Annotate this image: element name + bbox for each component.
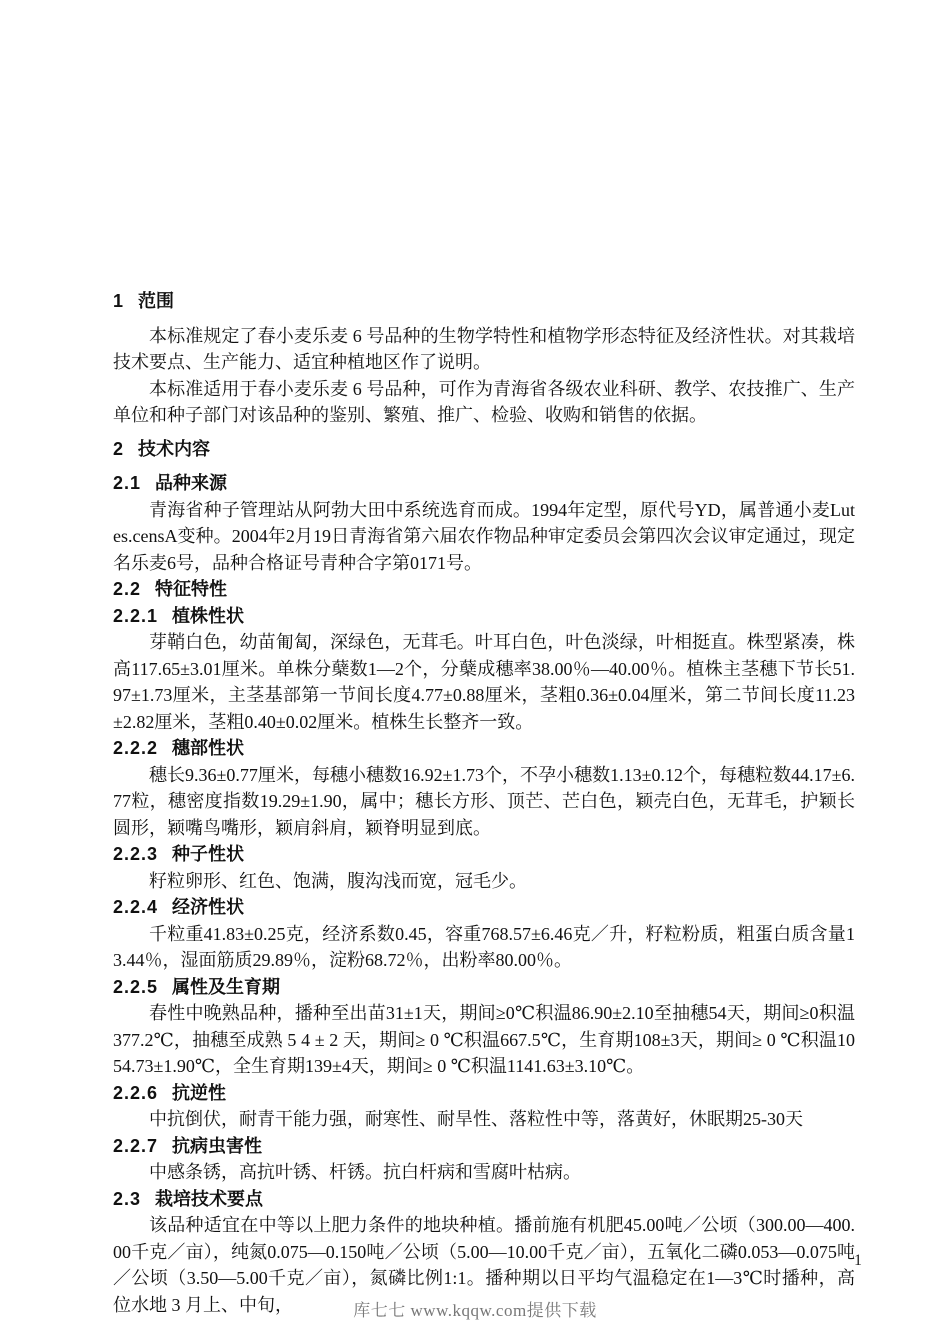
- paragraph: 千粒重41.83±0.25克，经济系数0.45，容重768.57±6.46克／升…: [113, 921, 855, 974]
- watermark-footer: 库七七 www.kqqw.com提供下载: [0, 1296, 950, 1321]
- section-title: 品种来源: [155, 473, 227, 493]
- section-heading-2.1: 2.1品种来源: [113, 470, 855, 497]
- section-title: 植株性状: [172, 606, 244, 626]
- paragraph: 青海省种子管理站从阿勃大田中系统选育而成。1994年定型，原代号YD，属普通小麦…: [113, 497, 855, 577]
- section-title: 经济性状: [172, 897, 244, 917]
- section-heading-2.2.4: 2.2.4经济性状: [113, 894, 855, 921]
- section-heading-2.2.5: 2.2.5属性及生育期: [113, 974, 855, 1001]
- section-title: 技术内容: [138, 439, 210, 459]
- section-number: 2.2.7: [113, 1133, 158, 1160]
- section-heading-2.3: 2.3栽培技术要点: [113, 1186, 855, 1213]
- section-number: 2.2: [113, 576, 141, 603]
- section-number: 2.2.4: [113, 894, 158, 921]
- paragraph: 春性中晚熟品种，播种至出苗31±1天，期间≥0℃积温86.90±2.10至抽穗5…: [113, 1000, 855, 1080]
- section-heading-2.2.3: 2.2.3种子性状: [113, 841, 855, 868]
- section-number: 2.3: [113, 1186, 141, 1213]
- section-heading-2.2: 2.2特征特性: [113, 576, 855, 603]
- section-title: 抗逆性: [172, 1083, 226, 1103]
- section-number: 2.2.2: [113, 735, 158, 762]
- section-heading-2.2.7: 2.2.7抗病虫害性: [113, 1133, 855, 1160]
- paragraph: 穗长9.36±0.77厘米，每穗小穗数16.92±1.73个，不孕小穗数1.13…: [113, 762, 855, 842]
- section-heading-2.2.2: 2.2.2穗部性状: [113, 735, 855, 762]
- section-number: 2.1: [113, 470, 141, 497]
- section-heading-1: 1范围: [113, 288, 855, 315]
- section-number: 2: [113, 436, 124, 463]
- paragraph: 本标准适用于春小麦乐麦 6 号品种，可作为青海省各级农业科研、教学、农技推广、生…: [113, 376, 855, 429]
- section-heading-2.2.6: 2.2.6抗逆性: [113, 1080, 855, 1107]
- section-heading-2.2.1: 2.2.1植株性状: [113, 603, 855, 630]
- document-page: 1范围本标准规定了春小麦乐麦 6 号品种的生物学特性和植物学形态特征及经济性状。…: [0, 0, 950, 1344]
- page-number: 1: [854, 1252, 862, 1270]
- document-body: 1范围本标准规定了春小麦乐麦 6 号品种的生物学特性和植物学形态特征及经济性状。…: [113, 281, 855, 1318]
- section-title: 种子性状: [172, 844, 244, 864]
- section-title: 穗部性状: [172, 738, 244, 758]
- paragraph: 籽粒卵形、红色、饱满，腹沟浅而宽，冠毛少。: [113, 868, 855, 895]
- section-number: 2.2.3: [113, 841, 158, 868]
- section-heading-2: 2技术内容: [113, 436, 855, 463]
- paragraph: 中感条锈，高抗叶锈、杆锈。抗白杆病和雪腐叶枯病。: [113, 1159, 855, 1186]
- section-title: 栽培技术要点: [155, 1189, 263, 1209]
- paragraph: 本标准规定了春小麦乐麦 6 号品种的生物学特性和植物学形态特征及经济性状。对其栽…: [113, 323, 855, 376]
- section-number: 1: [113, 288, 124, 315]
- section-title: 抗病虫害性: [172, 1136, 262, 1156]
- paragraph: 中抗倒伏，耐青干能力强，耐寒性、耐旱性、落粒性中等，落黄好，休眠期25-30天: [113, 1106, 855, 1133]
- section-number: 2.2.6: [113, 1080, 158, 1107]
- section-number: 2.2.1: [113, 603, 158, 630]
- paragraph: 芽鞘白色，幼苗匍匐，深绿色，无茸毛。叶耳白色，叶色淡绿，叶相挺直。株型紧凑，株高…: [113, 629, 855, 735]
- section-title: 特征特性: [155, 579, 227, 599]
- section-title: 范围: [138, 291, 174, 311]
- section-number: 2.2.5: [113, 974, 158, 1001]
- section-title: 属性及生育期: [172, 977, 280, 997]
